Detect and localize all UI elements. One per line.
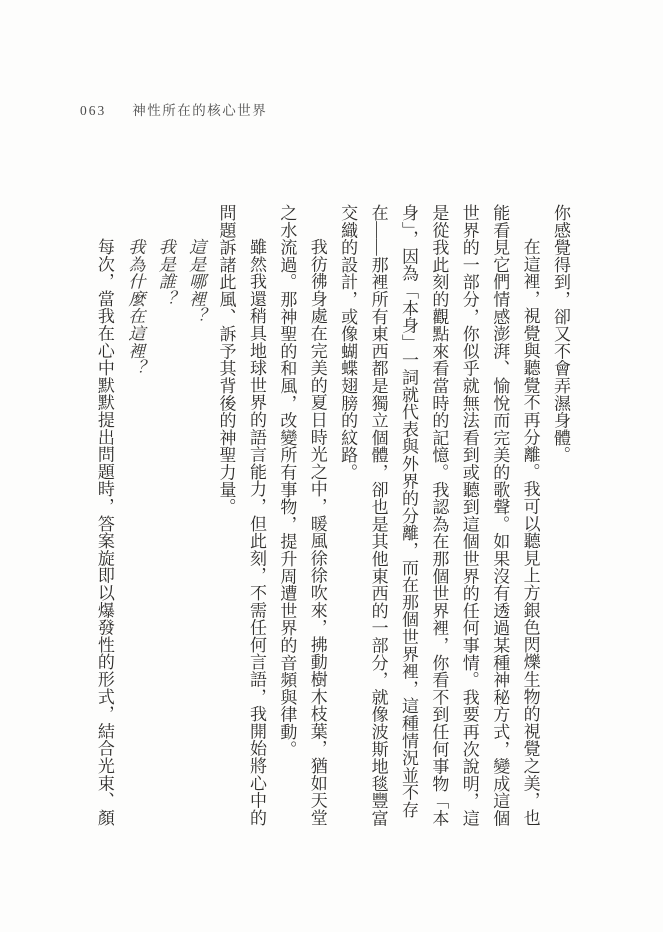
body-text: 你感覺得到，卻又不會弄濕身體。 在這裡，視覺與聽覺不再分離。我可以聽見上方銀色閃… <box>89 204 576 828</box>
page-header: 063 神性所在的核心世界 <box>80 99 267 119</box>
paragraph: 雖然我還稍具地球世界的語言能力，但此刻，不需任何言語，我開始將心中的問題訴諸此風… <box>210 204 271 828</box>
paragraph-continuation: 你感覺得到，卻又不會弄濕身體。 <box>545 204 575 828</box>
question-line: 我為什麼在這裡？ <box>119 204 149 828</box>
question-line: 這是哪裡？ <box>180 204 210 828</box>
running-title: 神性所在的核心世界 <box>132 99 267 119</box>
question-line: 我是誰？ <box>149 204 179 828</box>
page-number: 063 <box>80 103 106 119</box>
book-page: 063 神性所在的核心世界 你感覺得到，卻又不會弄濕身體。 在這裡，視覺與聽覺不… <box>0 0 663 932</box>
paragraph: 每次，當我在心中默默提出問題時，答案旋即以爆發性的形式，結合光束、顏 <box>89 204 119 828</box>
paragraph: 我彷彿身處在完美的夏日時光之中，暖風徐徐吹來，拂動樹木枝葉，猶如天堂之水流過。那… <box>271 204 332 828</box>
paragraph: 在這裡，視覺與聽覺不再分離。我可以聽見上方銀色閃爍生物的視覺之美，也能看見它們情… <box>332 204 545 828</box>
